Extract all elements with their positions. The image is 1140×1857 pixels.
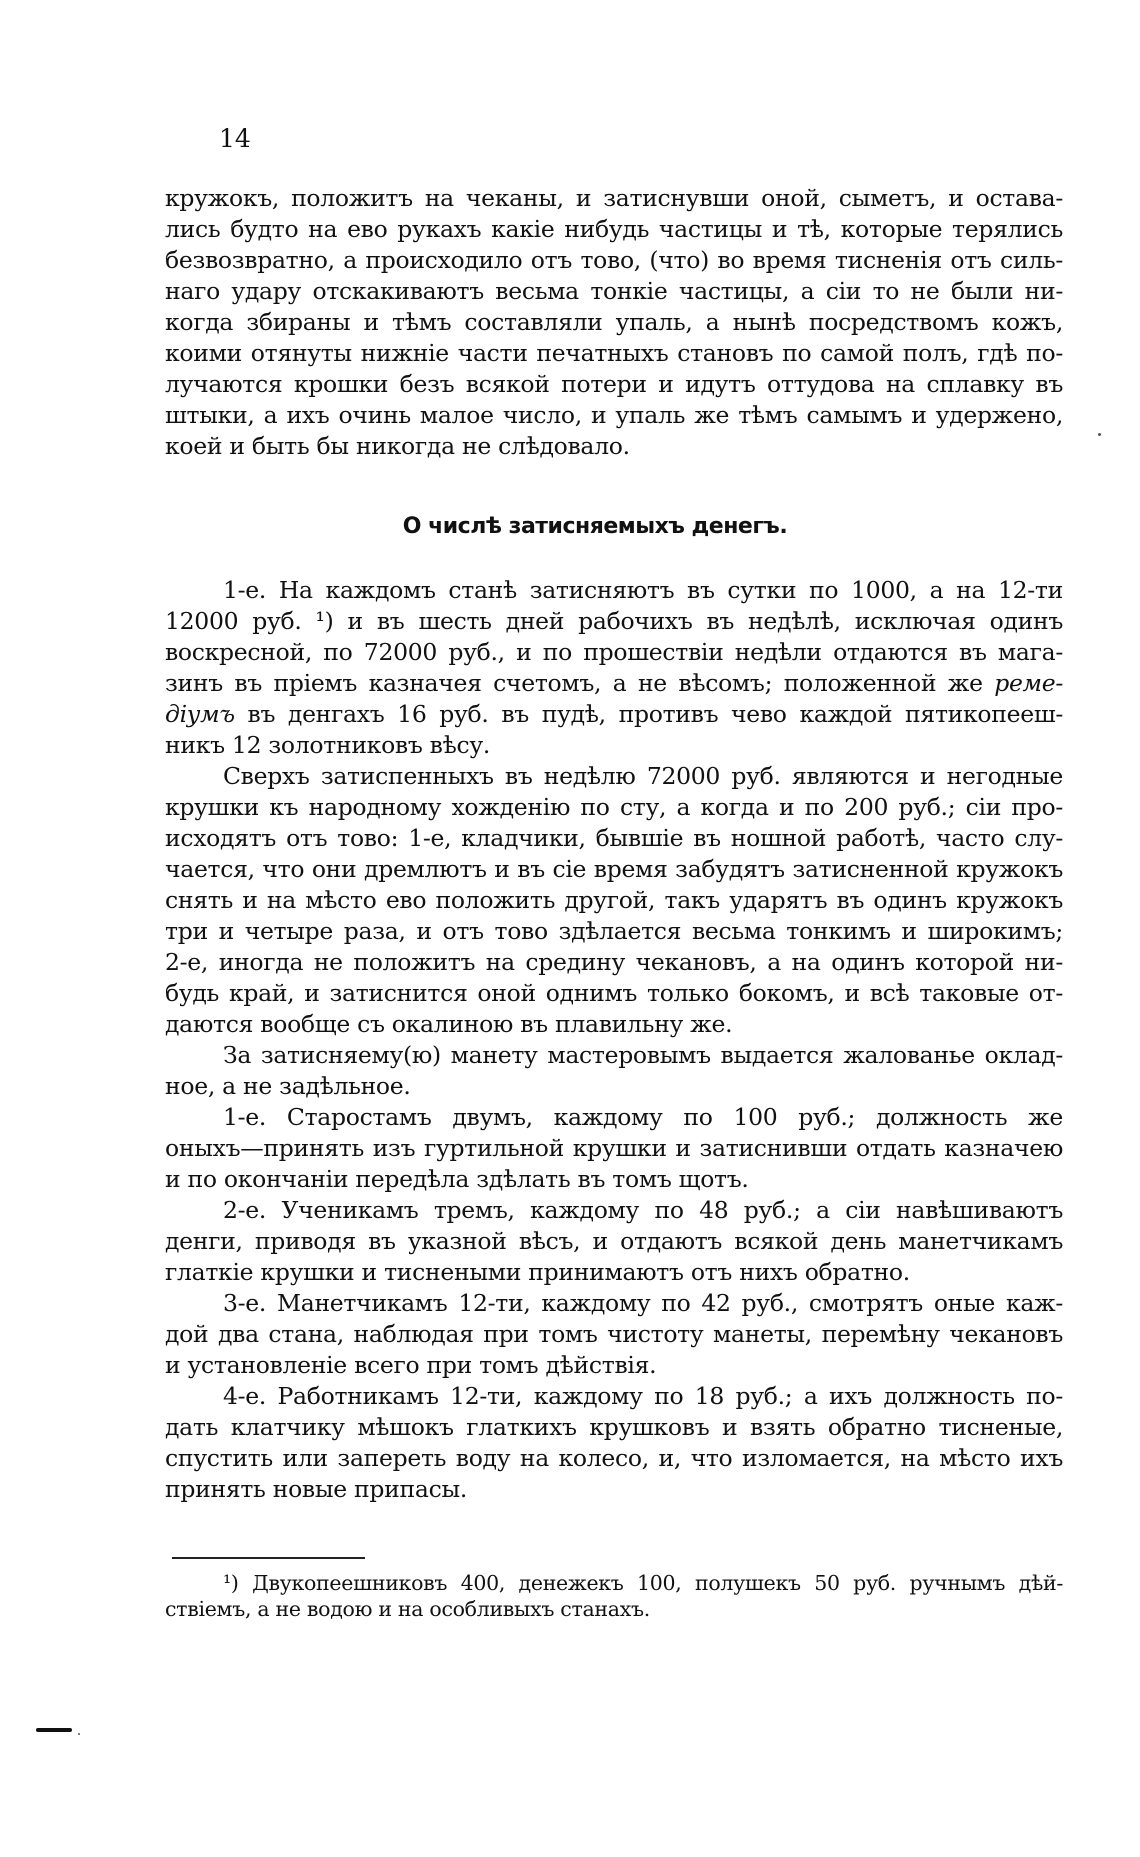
text-line: дать клатчику мѣшокъ глаткихъ крушковъ и… (165, 1412, 1063, 1443)
text-line: снять и на мѣсто ево положить другой, та… (165, 885, 1063, 916)
text-line: дой два стана, наблюдая при томъ чистоту… (165, 1319, 1063, 1350)
text-line: крушки къ народному хожденію по сту, а к… (165, 792, 1063, 823)
paragraph-apprentices: 2-е. Ученикамъ тремъ, каждому по 48 руб.… (165, 1195, 1063, 1288)
italic-term: реме- (994, 669, 1063, 697)
text-span: въ денгахъ 16 руб. въ пудѣ, противъ чево… (248, 700, 1064, 728)
text-line: даются вообще съ окалиною въ плавильну ж… (165, 1009, 1063, 1040)
paragraph-elders: 1-е. Старостамъ двумъ, каждому по 100 ру… (165, 1102, 1063, 1195)
text-span: Двукопеешниковъ 400, денежекъ 100, полуш… (252, 1571, 1063, 1595)
page-number: 14 (219, 124, 251, 153)
text-line: 4-е. Работникамъ 12-ти, каждому по 18 ру… (165, 1381, 1063, 1412)
text-line: 2-е. Ученикамъ тремъ, каждому по 48 руб.… (165, 1195, 1063, 1226)
text-line: воскресной, по 72000 руб., и по прошеств… (165, 637, 1063, 668)
text-line: денги, приводя въ указной вѣсъ, и отдают… (165, 1226, 1063, 1257)
footnote-line: ¹) Двукопеешниковъ 400, денежекъ 100, по… (165, 1570, 1063, 1596)
text-line: 3-е. Манетчикамъ 12-ти, каждому по 42 ру… (165, 1288, 1063, 1319)
paragraph-defective-coins: Сверхъ затиспенныхъ въ недѣлю 72000 руб.… (165, 761, 1063, 1040)
text-line: безвозвратно, а происходило отъ тово, (ч… (165, 245, 1063, 276)
footnote-marker: ¹) (223, 1571, 239, 1595)
text-line: ное, а не задѣльное. (165, 1071, 1063, 1102)
text-line: спустить или запереть воду на колесо, и,… (165, 1443, 1063, 1474)
text-line: наго удару отскакиваютъ весьма тонкіе ча… (165, 276, 1063, 307)
text-line: лись будто на ево рукахъ какіе нибудь ча… (165, 214, 1063, 245)
text-line: 12000 руб. ¹) и въ шесть дней рабочихъ в… (165, 606, 1063, 637)
paragraph-wages: За затисняему(ю) манету мастеровымъ выда… (165, 1040, 1063, 1102)
paragraph-coiners: 3-е. Манетчикамъ 12-ти, каждому по 42 ру… (165, 1288, 1063, 1381)
text-line: оныхъ—принять изъ гуртильной крушки и за… (165, 1133, 1063, 1164)
text-line-with-italic: зинъ въ пріемъ казначея счетомъ, а не вѣ… (165, 668, 1063, 699)
paragraph-continuation: кружокъ, положитъ на чеканы, и затиснувш… (165, 183, 1063, 462)
text-line: коими отянуты нижніе части печатныхъ ста… (165, 338, 1063, 369)
text-line: принять новые припасы. (165, 1474, 1063, 1505)
footnote: ¹) Двукопеешниковъ 400, денежекъ 100, по… (165, 1570, 1063, 1622)
text-line: исходятъ отъ тово: 1-е, кладчики, бывшіе… (165, 823, 1063, 854)
paragraph-minting-per-day: 1-е. На каждомъ станѣ затисняютъ въ сутк… (165, 575, 1063, 761)
margin-speck (1098, 433, 1101, 436)
footnote-divider (172, 1557, 365, 1559)
text-line: 1-е. На каждомъ станѣ затисняютъ въ сутк… (165, 575, 1063, 606)
text-line: лучаются крошки безъ всякой потери и иду… (165, 369, 1063, 400)
text-line: глаткіе крушки и тиснеными принимаютъ от… (165, 1257, 1063, 1288)
text-line: 1-е. Старостамъ двумъ, каждому по 100 ру… (165, 1102, 1063, 1133)
text-line: штыки, а ихъ очинь малое число, и упаль … (165, 400, 1063, 431)
text-line: коей и быть бы никогда не слѣдовало. (165, 431, 1063, 462)
text-span: зинъ въ пріемъ казначея счетомъ, а не вѣ… (165, 669, 983, 697)
text-line: будь край, и затиснится оной однимъ толь… (165, 978, 1063, 1009)
text-line: Сверхъ затиспенныхъ въ недѣлю 72000 руб.… (165, 761, 1063, 792)
text-line: и установленіе всего при томъ дѣйствія. (165, 1350, 1063, 1381)
text-line: никъ 12 золотниковъ вѣсу. (165, 730, 1063, 761)
text-line: когда збираны и тѣмъ составляли упаль, а… (165, 307, 1063, 338)
text-line: три и четыре раза, и отъ тово здѣлается … (165, 916, 1063, 947)
paragraph-workers: 4-е. Работникамъ 12-ти, каждому по 18 ру… (165, 1381, 1063, 1505)
text-line: кружокъ, положитъ на чеканы, и затиснувш… (165, 183, 1063, 214)
footnote-line: ствіемъ, а не водою и на особливыхъ стан… (165, 1596, 1063, 1622)
text-line: и по окончаніи передѣла здѣлать въ томъ … (165, 1164, 1063, 1195)
text-line: 2-е, иногда не положитъ на средину чекан… (165, 947, 1063, 978)
margin-mark (36, 1728, 72, 1732)
text-line: чается, что они дремлютъ и въ сіе время … (165, 854, 1063, 885)
text-line: За затисняему(ю) манету мастеровымъ выда… (165, 1040, 1063, 1071)
section-heading: О числѣ затисняемыхъ денегъ. (0, 514, 1140, 539)
margin-speck (78, 1733, 80, 1735)
italic-term: діумъ (165, 700, 235, 728)
text-line-with-italic: діумъ въ денгахъ 16 руб. въ пудѣ, против… (165, 699, 1063, 730)
